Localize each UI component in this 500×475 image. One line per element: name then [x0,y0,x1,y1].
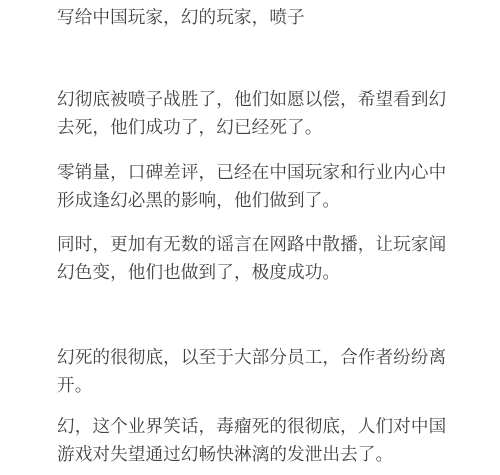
paragraph-4: 幻死的很彻底，以至于大部分员工，合作者纷纷离 开。 [57,343,457,399]
paragraph-2-line-1: 零销量，口碑差评，已经在中国玩家和行业内心中 [57,158,457,186]
paragraph-1-line-2: 去死，他们成功了，幻已经死了。 [57,113,457,141]
document-page: 写给中国玩家，幻的玩家，喷子 幻彻底被喷子战胜了，他们如愿以偿，希望看到幻 去死… [0,0,500,475]
paragraph-2-line-2: 形成逢幻必黑的影响，他们做到了。 [57,186,457,214]
paragraph-4-line-2: 开。 [57,371,457,399]
paragraph-3-line-1: 同时，更加有无数的谣言在网路中散播，让玩家闻 [57,230,457,258]
paragraph-3: 同时，更加有无数的谣言在网路中散播，让玩家闻 幻色变，他们也做到了，极度成功。 [57,230,457,286]
paragraph-5-line-2: 游戏对失望通过幻畅快淋漓的发泄出去了。 [57,440,457,468]
paragraph-5-line-1: 幻，这个业界笑话，毒瘤死的很彻底，人们对中国 [57,412,457,440]
paragraph-3-line-2: 幻色变，他们也做到了，极度成功。 [57,258,457,286]
paragraph-5: 幻，这个业界笑话，毒瘤死的很彻底，人们对中国 游戏对失望通过幻畅快淋漓的发泄出去… [57,412,457,468]
paragraph-4-line-1: 幻死的很彻底，以至于大部分员工，合作者纷纷离 [57,343,457,371]
paragraph-2: 零销量，口碑差评，已经在中国玩家和行业内心中 形成逢幻必黑的影响，他们做到了。 [57,158,457,214]
paragraph-1: 幻彻底被喷子战胜了，他们如愿以偿，希望看到幻 去死，他们成功了，幻已经死了。 [57,85,457,141]
title-text: 写给中国玩家，幻的玩家，喷子 [57,7,305,27]
paragraph-1-line-1: 幻彻底被喷子战胜了，他们如愿以偿，希望看到幻 [57,85,457,113]
article-text-block: 写给中国玩家，幻的玩家，喷子 幻彻底被喷子战胜了，他们如愿以偿，希望看到幻 去死… [57,3,457,468]
article-title: 写给中国玩家，幻的玩家，喷子 [57,3,457,31]
